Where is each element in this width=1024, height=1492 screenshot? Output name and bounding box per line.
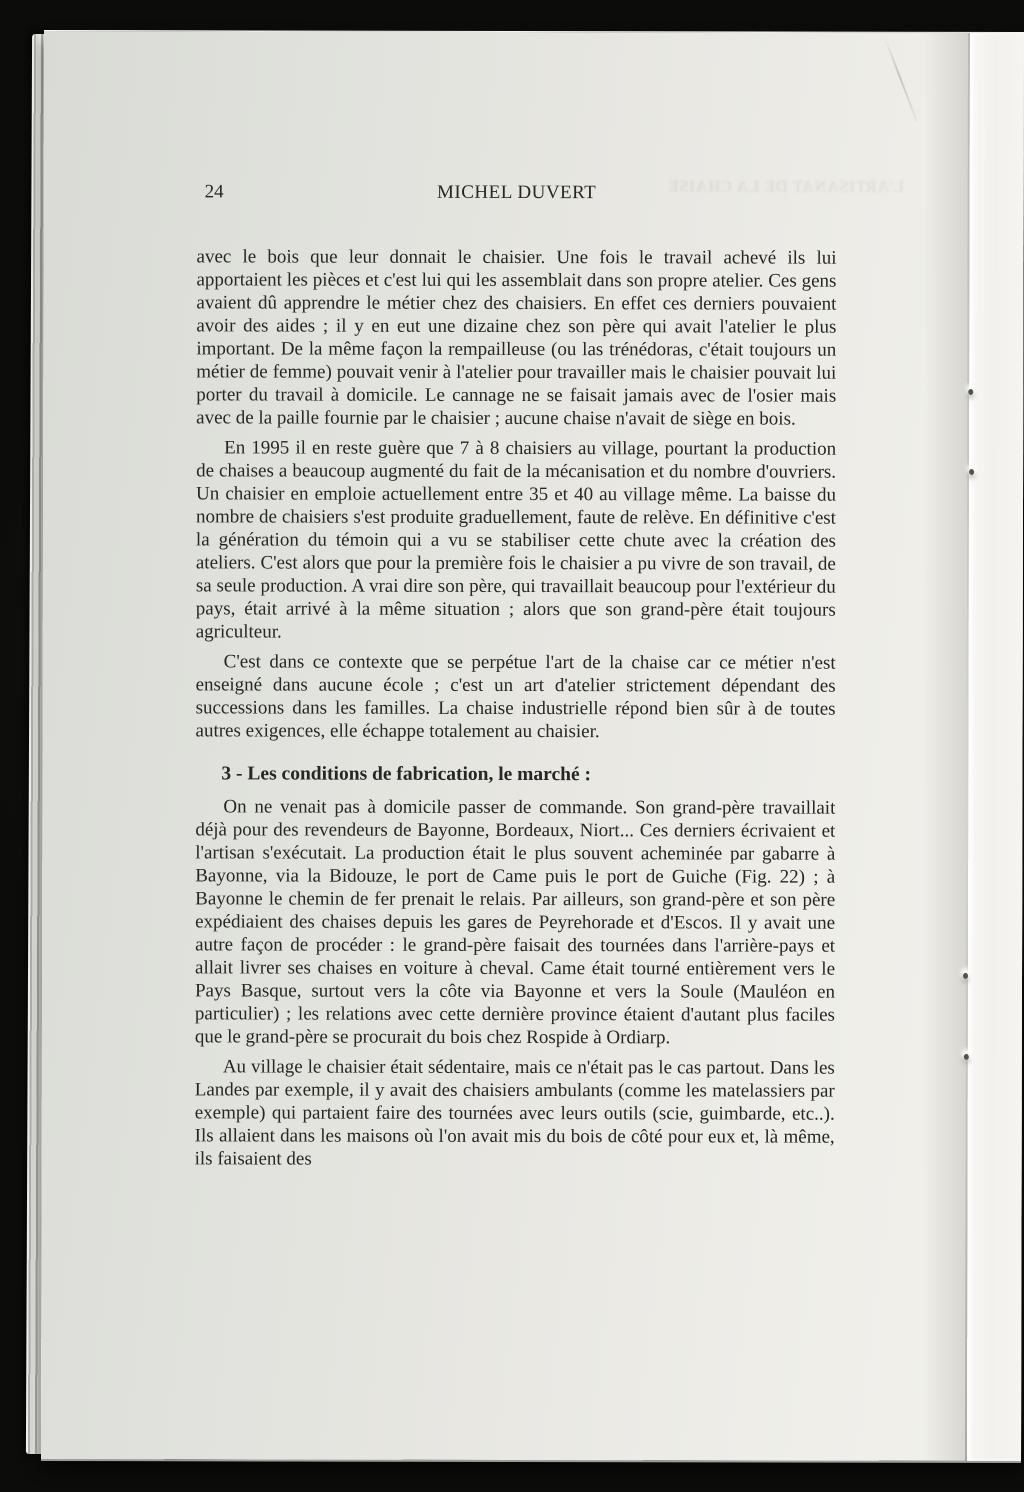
corner-fold-mark — [884, 37, 918, 122]
paragraph-5: Au village le chaisier était sédentaire,… — [195, 1055, 835, 1171]
binding-stitch — [969, 469, 974, 475]
gutter-shadow — [921, 33, 968, 1461]
paragraph-1: avec le bois que leur donnait le chaisie… — [196, 245, 836, 430]
binding-stitch — [968, 389, 973, 395]
binding-stitch — [964, 1054, 969, 1060]
page-content: 24 MICHEL DUVERT avec le bois que leur d… — [195, 181, 837, 1178]
paragraph-3: C'est dans ce contexte que se perpétue l… — [196, 650, 836, 743]
running-head: 24 MICHEL DUVERT — [197, 181, 837, 208]
page-body: avec le bois que leur donnait le chaisie… — [195, 245, 837, 1171]
running-header-title: MICHEL DUVERT — [197, 181, 837, 204]
section-heading: 3 - Les conditions de fabrication, le ma… — [195, 762, 835, 786]
binding-stitch — [963, 973, 968, 979]
scanned-book-photo: L'ARTISANAT DE LA CHAISE 24 MICHEL DUVER… — [0, 0, 1024, 1492]
paragraph-4: On ne venait pas à domicile passer de co… — [195, 795, 836, 1049]
facing-page-edge — [967, 33, 1024, 1461]
paragraph-2: En 1995 il en reste guère que 7 à 8 chai… — [196, 436, 836, 644]
book-page: L'ARTISANAT DE LA CHAISE 24 MICHEL DUVER… — [41, 30, 1024, 1461]
